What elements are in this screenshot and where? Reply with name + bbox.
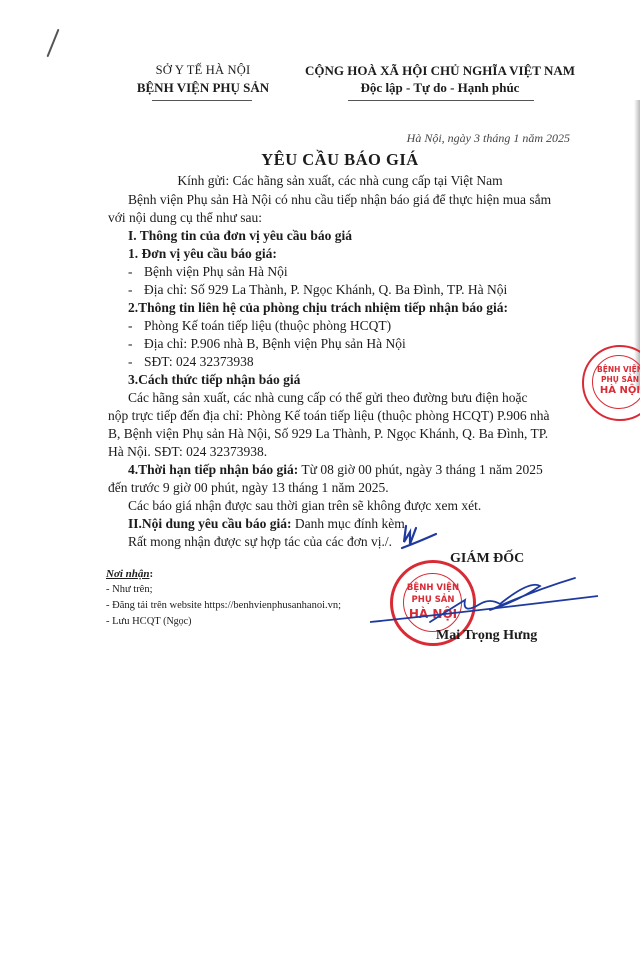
recipient-item-text: - Lưu HCQT bbox=[106, 616, 161, 627]
director-signature bbox=[370, 570, 600, 630]
recipients-label: Nơi nhận: bbox=[106, 568, 153, 580]
section-2-text: Danh mục đính kèm bbox=[292, 516, 405, 531]
list-item: -Địa chỉ: P.906 nhà B, Bệnh viện Phụ sản… bbox=[128, 336, 406, 352]
list-item-text: Địa chỉ: Số 929 La Thành, P. Ngọc Khánh,… bbox=[144, 282, 507, 297]
recipients-colon: : bbox=[150, 568, 154, 580]
national-title: CỘNG HOÀ XÃ HỘI CHỦ NGHĨA VIỆT NAM bbox=[290, 63, 590, 79]
document-title: YÊU CẦU BÁO GIÁ bbox=[100, 150, 580, 170]
list-item: -Bệnh viện Phụ sản Hà Nội bbox=[128, 264, 288, 280]
list-item-text: Địa chỉ: P.906 nhà B, Bệnh viện Phụ sản … bbox=[144, 336, 406, 351]
subsection-3-heading: 3.Cách thức tiếp nhận báo giá bbox=[128, 372, 300, 388]
recipient-item: - Đăng tải trên website https://benhvien… bbox=[106, 600, 341, 611]
edge-stamp-partial: BỆNH VIỆN PHỤ SẢN HÀ NỘI bbox=[582, 345, 640, 421]
signer-position: GIÁM ĐỐC bbox=[450, 551, 524, 567]
subsection-4-text-cont: đến trước 9 giờ 00 phút, ngày 13 tháng 1… bbox=[108, 480, 389, 496]
subsection-1-heading: 1. Đơn vị yêu cầu báo giá: bbox=[128, 246, 277, 262]
list-item: -Phòng Kế toán tiếp liệu (thuộc phòng HC… bbox=[128, 318, 391, 334]
list-item-text: SĐT: 024 32373938 bbox=[144, 354, 254, 369]
section-1-heading: I. Thông tin của đơn vị yêu cầu báo giá bbox=[128, 228, 352, 244]
initial-signature bbox=[400, 520, 440, 552]
list-item: -Địa chỉ: Số 929 La Thành, P. Ngọc Khánh… bbox=[128, 282, 507, 298]
ministry-name: SỞ Y TẾ HÀ NỘI bbox=[108, 63, 298, 78]
closing-line: Rất mong nhận được sự hợp tác của các đơ… bbox=[128, 534, 392, 550]
section-2: II.Nội dung yêu cầu báo giá: Danh mục đí… bbox=[128, 516, 405, 532]
signer-name: Mai Trọng Hưng bbox=[436, 628, 537, 644]
edge-stamp-line-1: BỆNH VIỆN bbox=[584, 365, 640, 374]
pen-mark bbox=[46, 29, 59, 58]
paragraph-line: Hà Nội. SĐT: 024 32373938. bbox=[108, 444, 267, 460]
subsection-4-note: Các báo giá nhận được sau thời gian trên… bbox=[128, 498, 481, 514]
recipient-item: - Lưu HCQT (Ngọc) bbox=[106, 616, 191, 627]
intro-line-1: Bệnh viện Phụ sản Hà Nội có nhu cầu tiếp… bbox=[128, 192, 551, 208]
recipient-initial: (Ngọc) bbox=[163, 616, 191, 627]
edge-stamp-line-2: PHỤ SẢN bbox=[584, 375, 640, 384]
paragraph-line: B, Bệnh viện Phụ sản Hà Nội, Số 929 La T… bbox=[108, 426, 548, 442]
subsection-4-text: Từ 08 giờ 00 phút, ngày 3 tháng 1 năm 20… bbox=[298, 462, 542, 477]
recipient-item: - Như trên; bbox=[106, 584, 153, 595]
list-item-text: Bệnh viện Phụ sản Hà Nội bbox=[144, 264, 288, 279]
subsection-2-heading: 2.Thông tin liên hệ của phòng chịu trách… bbox=[128, 300, 508, 316]
subsection-4: 4.Thời hạn tiếp nhận báo giá: Từ 08 giờ … bbox=[128, 462, 543, 478]
section-2-heading: II.Nội dung yêu cầu báo giá: bbox=[128, 516, 292, 531]
recipients-label-text: Nơi nhận bbox=[106, 568, 150, 580]
national-motto: Độc lập - Tự do - Hạnh phúc bbox=[290, 80, 590, 96]
hospital-name: BỆNH VIỆN PHỤ SẢN bbox=[108, 80, 298, 96]
edge-stamp-line-3: HÀ NỘI bbox=[584, 385, 640, 396]
subsection-4-heading: 4.Thời hạn tiếp nhận báo giá: bbox=[128, 462, 298, 477]
header-right-underline bbox=[348, 100, 534, 101]
salutation: Kính gửi: Các hãng sản xuất, các nhà cun… bbox=[100, 173, 580, 189]
paragraph-line: Các hãng sản xuất, các nhà cung cấp có t… bbox=[128, 390, 527, 406]
list-item-text: Phòng Kế toán tiếp liệu (thuộc phòng HCQ… bbox=[144, 318, 391, 333]
document-date: Hà Nội, ngày 3 tháng 1 năm 2025 bbox=[300, 131, 570, 146]
paragraph-line: nộp trực tiếp đến địa chỉ: Phòng Kế toán… bbox=[108, 408, 550, 424]
header-left-underline bbox=[152, 100, 252, 101]
page-edge-shadow bbox=[634, 100, 640, 390]
list-item: -SĐT: 024 32373938 bbox=[128, 354, 254, 370]
intro-line-2: với nội dung cụ thể như sau: bbox=[108, 210, 262, 226]
